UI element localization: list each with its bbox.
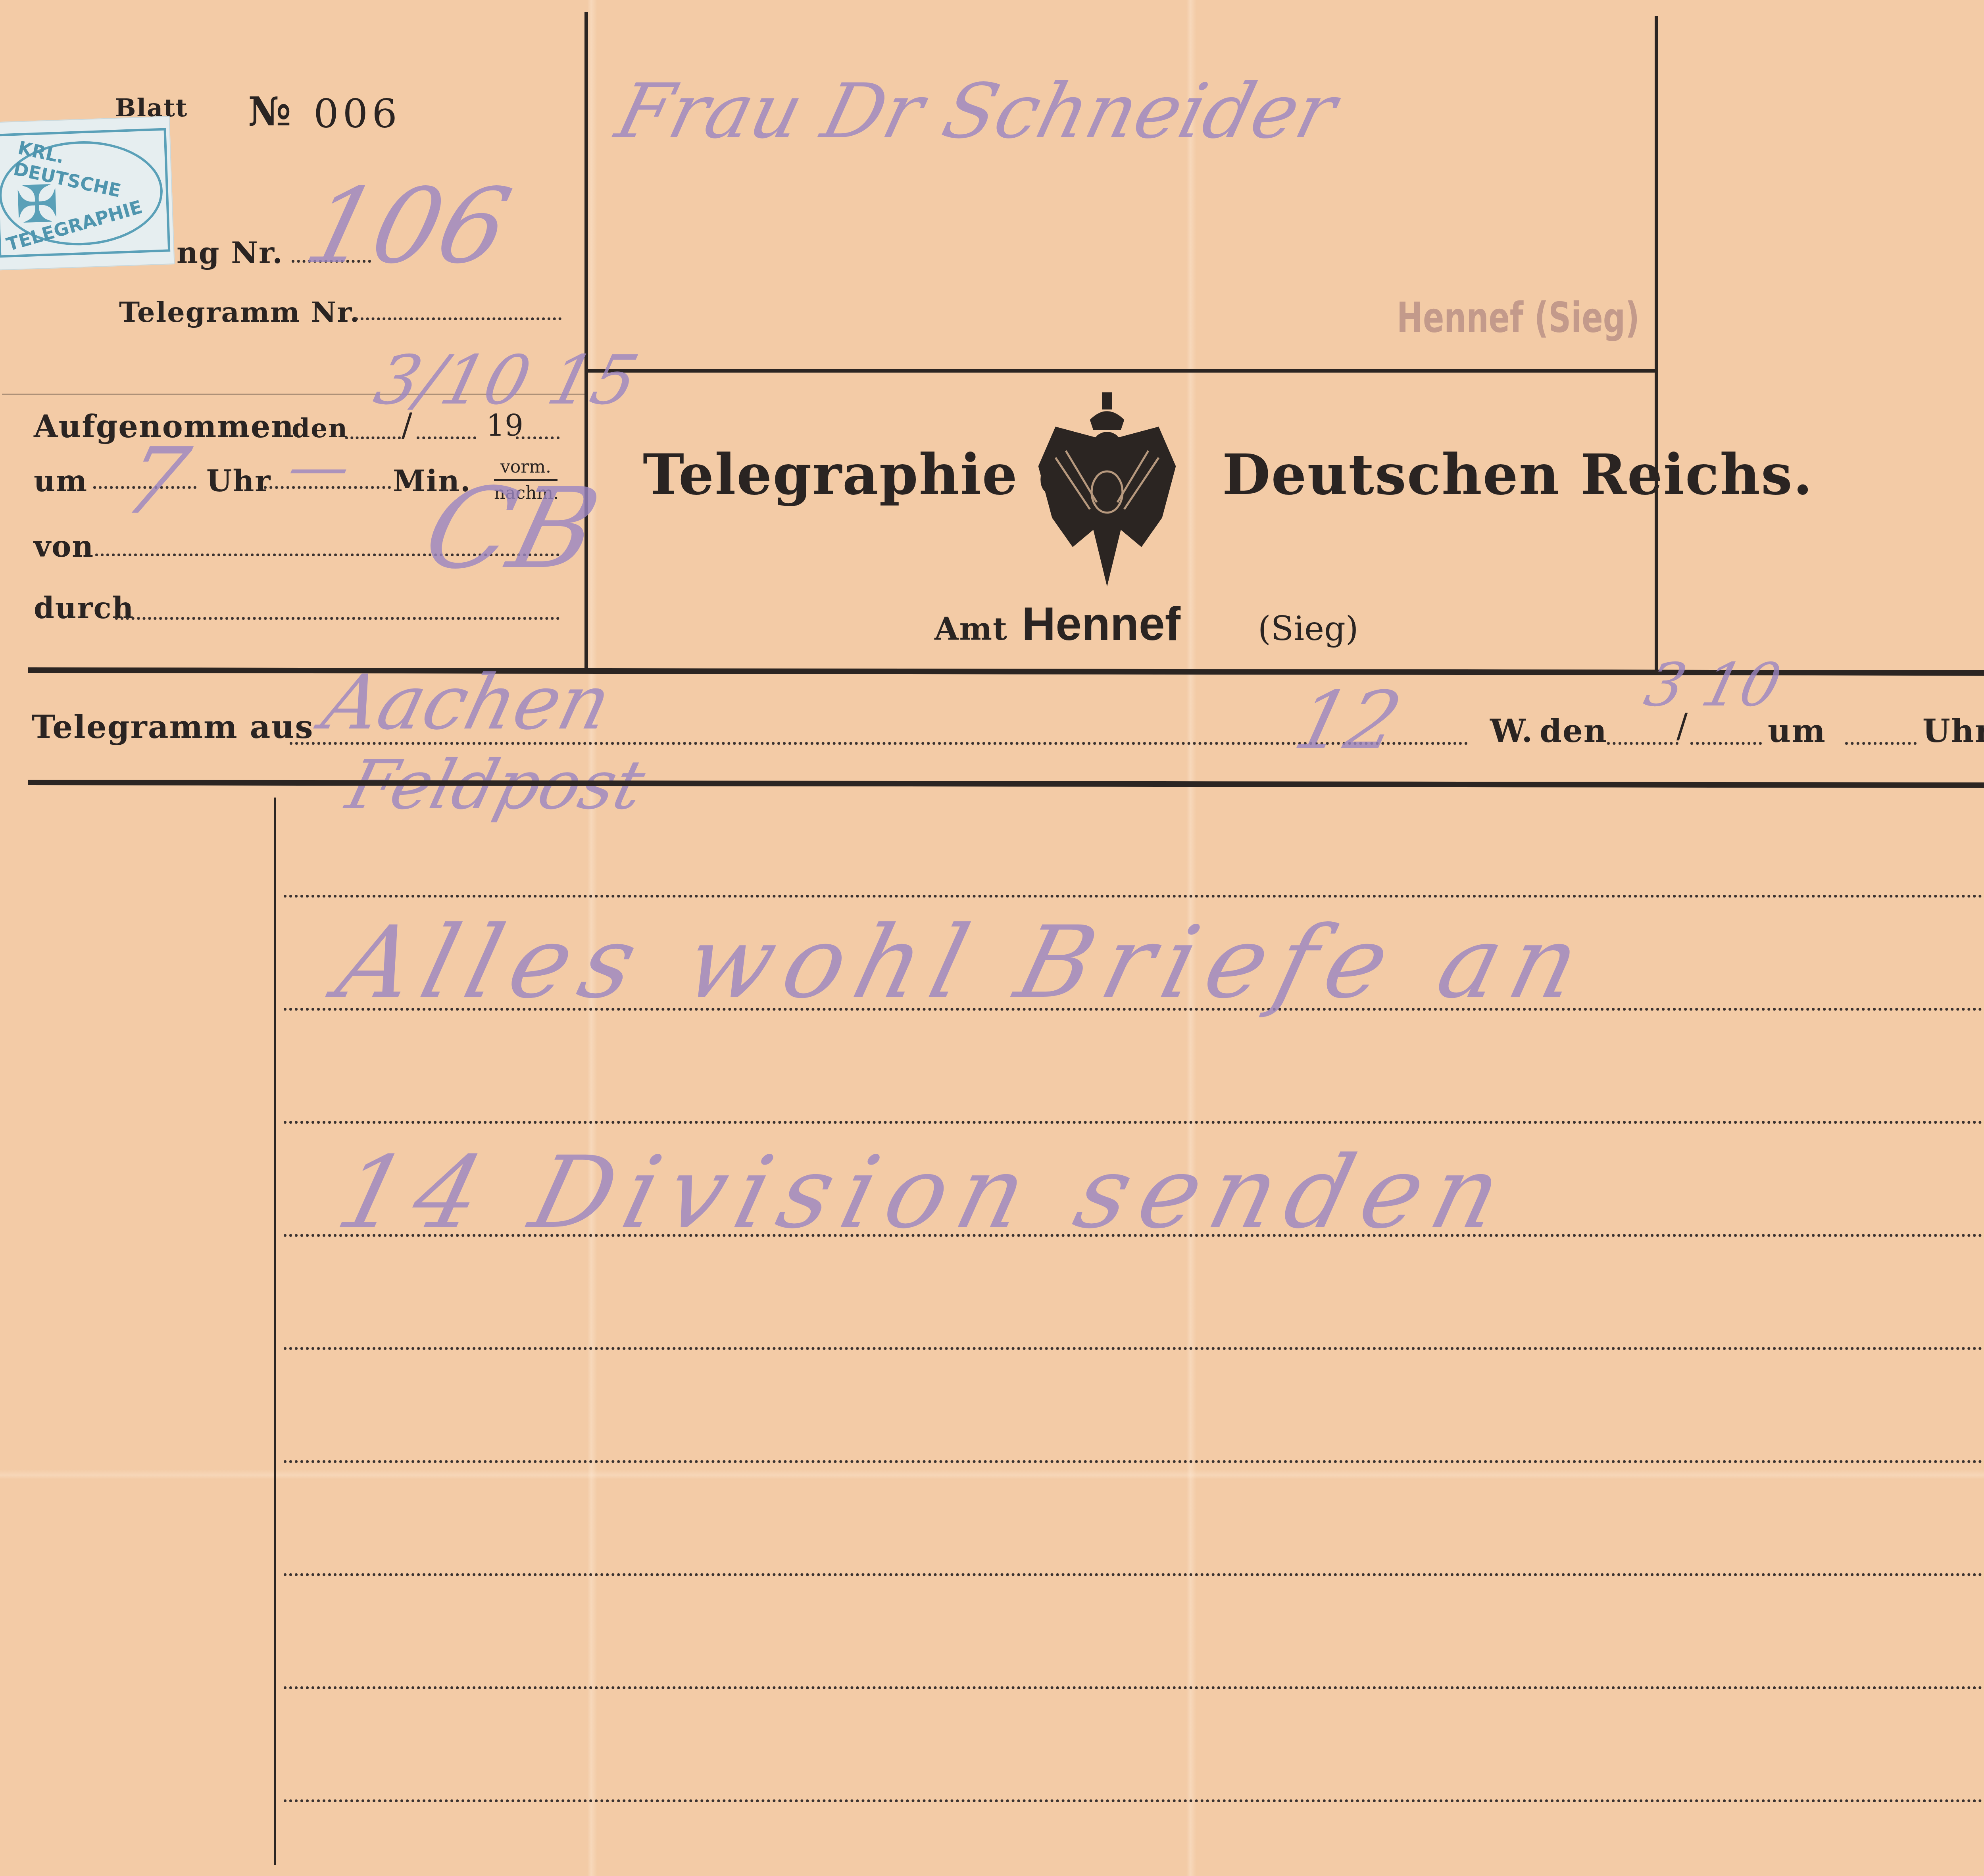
office-prefix: Amt	[934, 611, 1008, 647]
message-line-8[interactable]	[284, 1686, 1984, 1689]
durch-label: durch	[34, 591, 134, 625]
origin-day-field[interactable]	[1607, 742, 1678, 745]
sheet-number: 006	[313, 90, 401, 137]
title-right: Deutschen Reichs.	[1222, 442, 1813, 507]
words-handwritten: 12	[1286, 675, 1410, 767]
origin-handwritten-line1: Aachen	[314, 659, 619, 746]
office-suffix: (Sieg)	[1258, 609, 1358, 648]
message-line-1[interactable]	[284, 895, 1984, 898]
um-label: um	[34, 464, 88, 498]
von-handwritten: CB	[412, 464, 611, 594]
eingang-nr-handwritten: 106	[294, 167, 521, 286]
w-label: W.	[1490, 712, 1533, 750]
extra-handwritten: 3 10	[1638, 651, 1788, 720]
telegramm-nr-label: Telegramm Nr.	[119, 296, 360, 329]
origin-den-label: den	[1540, 712, 1607, 750]
imperial-eagle-icon	[1016, 389, 1198, 595]
received-month-field[interactable]	[417, 436, 476, 439]
origin-hour-field[interactable]	[1845, 742, 1917, 745]
office-name: Hennef	[1022, 597, 1180, 651]
received-year-field[interactable]	[516, 436, 559, 439]
address-box-bottom-rule	[587, 369, 1655, 373]
message-line-3[interactable]	[284, 1121, 1984, 1124]
telegramm-nr-field[interactable]	[355, 317, 561, 320]
origin-month-field[interactable]	[1690, 742, 1762, 745]
origin-um-label: um	[1768, 712, 1826, 750]
recipient-handwritten: Frau Dr Schneider	[608, 67, 1345, 155]
telegram-form: Blatt № 006 ✠ KRL. DEUTSCHE TELEGRAPHIE …	[0, 0, 1984, 1876]
telegraph-revenue-stamp: ✠ KRL. DEUTSCHE TELEGRAPHIE	[0, 116, 175, 271]
message-text-line-2: 14 Division senden	[327, 1135, 1524, 1250]
received-date-handwritten: 3/10 15	[367, 341, 645, 420]
von-label: von	[34, 530, 94, 564]
message-line-6[interactable]	[284, 1460, 1984, 1463]
message-line-7[interactable]	[284, 1573, 1984, 1576]
origin-date-slash: /	[1676, 706, 1688, 745]
message-text-line-1: Alles wohl Briefe an	[327, 905, 1603, 1020]
uhr-label: Uhr	[206, 464, 271, 498]
message-margin-rule	[274, 798, 276, 1865]
hennef-postmark: Hennef (Sieg)	[1397, 294, 1640, 342]
eingang-nr-label: ng Nr.	[177, 236, 283, 270]
durch-field[interactable]	[115, 617, 559, 620]
header-right-divider	[1655, 16, 1658, 671]
message-line-9[interactable]	[284, 1799, 1984, 1802]
telegramm-aus-label: Telegramm aus	[32, 708, 314, 746]
number-sign: №	[248, 88, 292, 135]
origin-bottom-rule	[28, 780, 1984, 788]
message-line-5[interactable]	[284, 1347, 1984, 1350]
origin-uhr-label: Uhr	[1922, 712, 1984, 750]
